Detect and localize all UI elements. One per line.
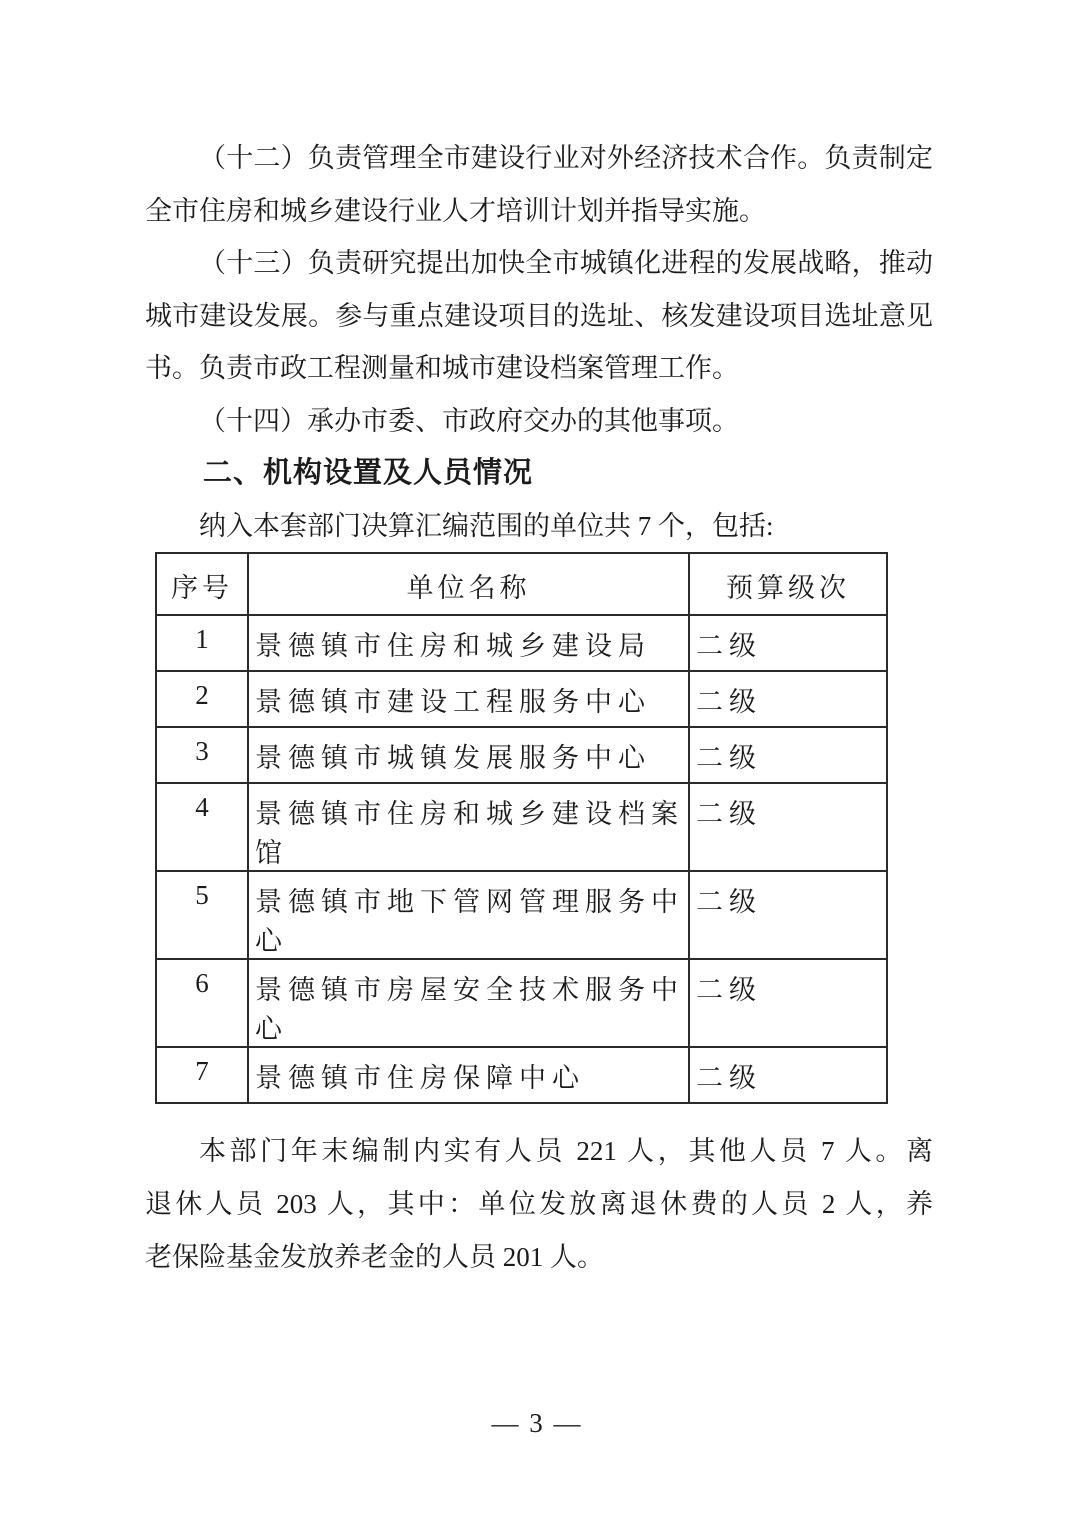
paragraph-line: 全市住房和城乡建设行业人才培训计划并指导实施。 <box>145 185 933 238</box>
cell-unit-name: 景德镇市建设工程服务中心 <box>248 671 689 727</box>
table-row: 3 景德镇市城镇发展服务中心 二级 <box>156 727 887 783</box>
cell-budget-level: 二级 <box>689 671 887 727</box>
table-row: 4 景德镇市住房和城乡建设档案馆 二级 <box>156 783 887 871</box>
paragraph-item-14: （十四）承办市委、市政府交办的其他事项。 <box>145 395 933 448</box>
paragraph-line: （十三）负责研究提出加快全市城镇化进程的发展战略，推动 <box>145 237 933 290</box>
table-header-row: 序号 单位名称 预算级次 <box>156 553 887 615</box>
column-header-seq: 序号 <box>156 553 248 615</box>
table-row: 1 景德镇市住房和城乡建设局 二级 <box>156 615 887 671</box>
cell-unit-name: 景德镇市房屋安全技术服务中心 <box>248 959 689 1047</box>
cell-unit-name: 景德镇市地下管网管理服务中心 <box>248 871 689 959</box>
cell-budget-level: 二级 <box>689 783 887 871</box>
table-row: 5 景德镇市地下管网管理服务中心 二级 <box>156 871 887 959</box>
cell-seq: 2 <box>156 671 248 727</box>
table-row: 6 景德镇市房屋安全技术服务中心 二级 <box>156 959 887 1047</box>
cell-budget-level: 二级 <box>689 615 887 671</box>
table-row: 2 景德镇市建设工程服务中心 二级 <box>156 671 887 727</box>
cell-seq: 5 <box>156 871 248 959</box>
paragraph-line: 退休人员 203 人，其中：单位发放离退休费的人员 2 人，养 <box>145 1178 933 1231</box>
paragraph-line: 本部门年末编制内实有人员 221 人，其他人员 7 人。离 <box>145 1125 933 1178</box>
paragraph-line: 城市建设发展。参与重点建设项目的选址、核发建设项目选址意见 <box>145 290 933 343</box>
units-table: 序号 单位名称 预算级次 1 景德镇市住房和城乡建设局 二级 2 景德镇市建设工… <box>155 552 888 1104</box>
cell-unit-name: 景德镇市住房和城乡建设档案馆 <box>248 783 689 871</box>
cell-budget-level: 二级 <box>689 959 887 1047</box>
paragraph-item-12: （十二）负责管理全市建设行业对外经济技术合作。负责制定 全市住房和城乡建设行业人… <box>145 132 933 237</box>
document-page: （十二）负责管理全市建设行业对外经济技术合作。负责制定 全市住房和城乡建设行业人… <box>0 0 1074 1520</box>
table-intro-line: 纳入本套部门决算汇编范围的单位共 7 个，包括: <box>145 500 933 553</box>
section-heading: 二、机构设置及人员情况 <box>145 447 933 500</box>
cell-budget-level: 二级 <box>689 727 887 783</box>
cell-seq: 3 <box>156 727 248 783</box>
paragraph-line: （十四）承办市委、市政府交办的其他事项。 <box>145 395 933 448</box>
cell-seq: 1 <box>156 615 248 671</box>
paragraph-line: （十二）负责管理全市建设行业对外经济技术合作。负责制定 <box>145 132 933 185</box>
table-row: 7 景德镇市住房保障中心 二级 <box>156 1047 887 1103</box>
cell-budget-level: 二级 <box>689 871 887 959</box>
closing-paragraph: 本部门年末编制内实有人员 221 人，其他人员 7 人。离 退休人员 203 人… <box>145 1125 933 1284</box>
column-header-budget-level: 预算级次 <box>689 553 887 615</box>
cell-unit-name: 景德镇市城镇发展服务中心 <box>248 727 689 783</box>
paragraph-line: 老保险基金发放养老金的人员 201 人。 <box>145 1231 933 1284</box>
cell-budget-level: 二级 <box>689 1047 887 1103</box>
paragraph-line: 书。负责市政工程测量和城市建设档案管理工作。 <box>145 342 933 395</box>
page-number: — 3 — <box>0 1408 1074 1439</box>
cell-unit-name: 景德镇市住房和城乡建设局 <box>248 615 689 671</box>
paragraph-item-13: （十三）负责研究提出加快全市城镇化进程的发展战略，推动 城市建设发展。参与重点建… <box>145 237 933 395</box>
cell-seq: 4 <box>156 783 248 871</box>
document-content: （十二）负责管理全市建设行业对外经济技术合作。负责制定 全市住房和城乡建设行业人… <box>145 132 933 1284</box>
cell-unit-name: 景德镇市住房保障中心 <box>248 1047 689 1103</box>
cell-seq: 6 <box>156 959 248 1047</box>
column-header-unit-name: 单位名称 <box>248 553 689 615</box>
cell-seq: 7 <box>156 1047 248 1103</box>
